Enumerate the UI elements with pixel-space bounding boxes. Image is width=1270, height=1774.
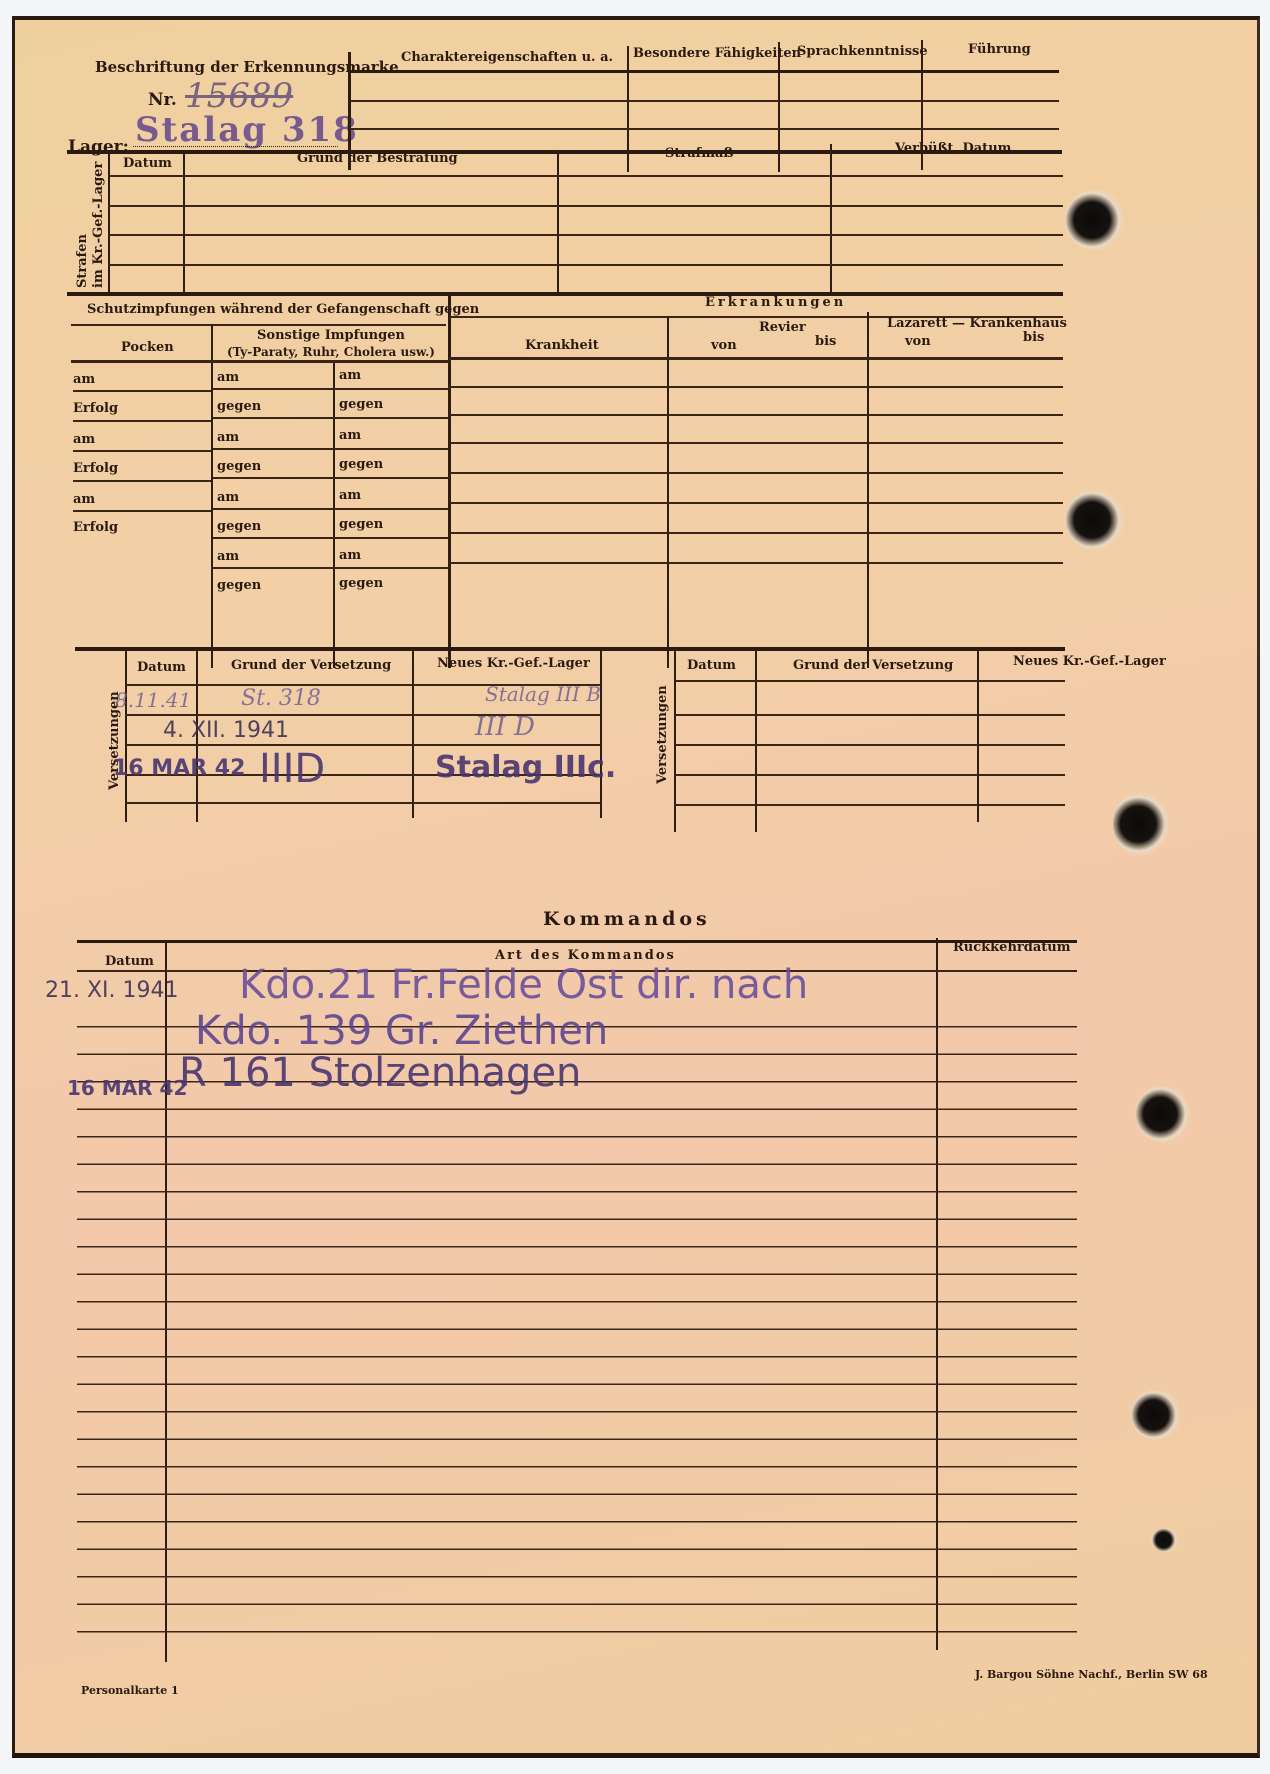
kommandos-ruled-lines (77, 1000, 1077, 1652)
strafen-side-label-2: im Kr.-Gef.-Lager (91, 162, 106, 288)
versetzung-datum-2: 4. XII. 1941 (163, 718, 289, 743)
versetzung-lager-3: Stalag IIIc. (435, 750, 616, 785)
rule (449, 357, 1063, 360)
pocken-row: Erfolg (73, 461, 118, 476)
rule (675, 804, 1065, 806)
punch-hole (1065, 190, 1125, 250)
personalkarte-document: Beschriftung der Erkennungsmarke Nr. 156… (12, 16, 1260, 1758)
rule (213, 417, 449, 419)
rule (213, 388, 449, 390)
punch-hole (1131, 1390, 1181, 1440)
erkrankungen-title: Erkrankungen (705, 295, 846, 310)
versetzung-lager-header: Neues Kr.-Gef.-Lager (437, 656, 590, 671)
revier-bis: bis (815, 334, 836, 349)
rule (213, 537, 449, 539)
lager-dotted-line (133, 146, 338, 147)
kommandos-title: Kommandos (543, 908, 711, 930)
versetzung-datum-3: 16 MAR 42 (113, 756, 245, 781)
rule (71, 324, 446, 326)
kommando-art-3: R 161 Stolzenhagen (179, 1050, 581, 1096)
rule (108, 205, 1063, 207)
sonstige-row: gegen (339, 576, 383, 591)
pocken-header: Pocken (121, 340, 174, 355)
sonstige-row: am (339, 488, 361, 503)
rule (349, 100, 1059, 102)
krankheit-header: Krankheit (525, 338, 599, 353)
pocken-row: am (73, 492, 95, 507)
sonstige-row: gegen (217, 578, 261, 593)
rule (125, 744, 601, 746)
kommando-art-header: Art des Kommandos (495, 948, 676, 963)
sonstige-row: gegen (217, 459, 261, 474)
versetzung-datum-1: 8.11.41 (115, 688, 191, 712)
strafen-side-label: Strafen (75, 234, 90, 288)
col-divider (448, 296, 451, 668)
rule (73, 390, 211, 392)
kommando-art-2: Kdo. 139 Gr. Ziethen (195, 1008, 608, 1054)
revier-header: Revier (759, 320, 806, 335)
lager-label: Lager: (68, 137, 129, 157)
rule (125, 802, 601, 804)
rule (71, 360, 449, 363)
rule (108, 175, 1063, 177)
faehigkeiten-header: Besondere Fähigkeiten (633, 46, 801, 61)
rule (73, 450, 211, 452)
versetzung-grund-3: IIID (259, 746, 325, 792)
rule (213, 477, 449, 479)
rule (213, 508, 449, 510)
pocken-row: am (73, 432, 95, 447)
pocken-row: Erfolg (73, 401, 118, 416)
kommando-datum-3: 16 MAR 42 (67, 1076, 187, 1100)
punch-hole (1135, 1086, 1191, 1142)
sonstige-row: am (339, 548, 361, 563)
rule (449, 442, 1063, 444)
col-divider (211, 324, 213, 668)
col-divider (600, 650, 602, 818)
sonstige-row: am (217, 370, 239, 385)
rule (349, 128, 1059, 130)
col-divider (667, 316, 669, 668)
rule (108, 264, 1063, 266)
rule (675, 744, 1065, 746)
sonstige-row: gegen (339, 517, 383, 532)
fuehrung-header: Führung (968, 42, 1031, 57)
printer-imprint: J. Bargou Söhne Nachf., Berlin SW 68 (975, 1668, 1208, 1681)
sonstige-row: am (217, 549, 239, 564)
punch-hole (1113, 792, 1169, 856)
lazarett-von: von (905, 334, 931, 349)
revier-von: von (711, 338, 737, 353)
kommando-art-1: Kdo.21 Fr.Felde Ost dir. nach (239, 962, 808, 1008)
sonstige-row: am (339, 428, 361, 443)
sonstige-row: am (217, 490, 239, 505)
rueckkehr-header: Rückkehrdatum (953, 940, 1070, 955)
punch-hole (1151, 1528, 1179, 1552)
col-divider (125, 650, 127, 822)
kommando-datum-1: 21. XI. 1941 (45, 978, 179, 1003)
rule (449, 472, 1063, 474)
pocken-row: am (73, 372, 95, 387)
sonstige-row: gegen (217, 399, 261, 414)
lager-stamp: Stalag 318 (135, 110, 359, 150)
rule (675, 714, 1065, 716)
rule (449, 386, 1063, 388)
rule (73, 420, 211, 422)
section-rule (75, 647, 1065, 651)
sonstige-row: gegen (339, 457, 383, 472)
rule (449, 502, 1063, 504)
section-rule (77, 940, 1077, 943)
sonstige-row: am (217, 430, 239, 445)
versetzung-lager-1: Stalag III B (485, 682, 601, 706)
sonstige-subheader: (Ty-Paraty, Ruhr, Cholera usw.) (212, 345, 450, 359)
rule (449, 532, 1063, 534)
versetzung-lager-header-right: Neues Kr.-Gef.-Lager (1013, 654, 1166, 669)
versetzungen-side-label-right: Versetzungen (655, 685, 670, 784)
rule (449, 414, 1063, 416)
kommando-datum-header: Datum (105, 954, 154, 969)
rule (675, 680, 1065, 682)
col-divider (557, 150, 559, 294)
strafen-datum-header: Datum (123, 156, 172, 171)
rule (73, 510, 211, 512)
strafmass-header: Strafmaß (665, 146, 733, 161)
sonstige-header: Sonstige Impfungen (212, 328, 450, 343)
sonstige-row: am (339, 368, 361, 383)
nr-label: Nr. (148, 90, 177, 110)
strafen-grund-header: Grund der Bestrafung (297, 151, 458, 166)
rule (73, 480, 211, 482)
col-divider (333, 360, 335, 668)
form-id: Personalkarte 1 (81, 1684, 179, 1697)
col-divider (867, 312, 869, 668)
versetzung-grund-header-right: Grund der Versetzung (793, 658, 953, 673)
lazarett-header: Lazarett — Krankenhaus (887, 316, 1067, 331)
rule (108, 234, 1063, 236)
rule (675, 774, 1065, 776)
versetzung-grund-1: St. 318 (241, 686, 321, 711)
rule (349, 70, 1059, 73)
col-divider (412, 650, 414, 818)
verbuesst-header: Verbüßt, Datum (895, 141, 1011, 156)
rule (213, 448, 449, 450)
lazarett-bis: bis (1023, 330, 1044, 345)
versetzung-grund-header: Grund der Versetzung (231, 658, 391, 673)
rule (449, 562, 1063, 564)
col-divider (977, 650, 979, 822)
sonstige-row: gegen (339, 397, 383, 412)
versetzung-datum-header: Datum (137, 660, 186, 675)
versetzung-lager-2: III D (475, 712, 535, 742)
impfungen-title: Schutzimpfungen während der Gefangenscha… (87, 302, 479, 317)
pocken-row: Erfolg (73, 520, 118, 535)
sonstige-row: gegen (217, 519, 261, 534)
sprachkenntnisse-header: Sprachkenntnisse (797, 44, 928, 59)
rule (213, 567, 449, 569)
versetzung-datum-header-right: Datum (687, 658, 736, 673)
section-rule (67, 292, 1063, 296)
charakter-header: Charaktereigenschaften u. a. (401, 50, 613, 65)
erkennungsmarke-label: Beschriftung der Erkennungsmarke (95, 58, 399, 76)
punch-hole (1065, 490, 1125, 550)
col-divider (830, 144, 832, 294)
